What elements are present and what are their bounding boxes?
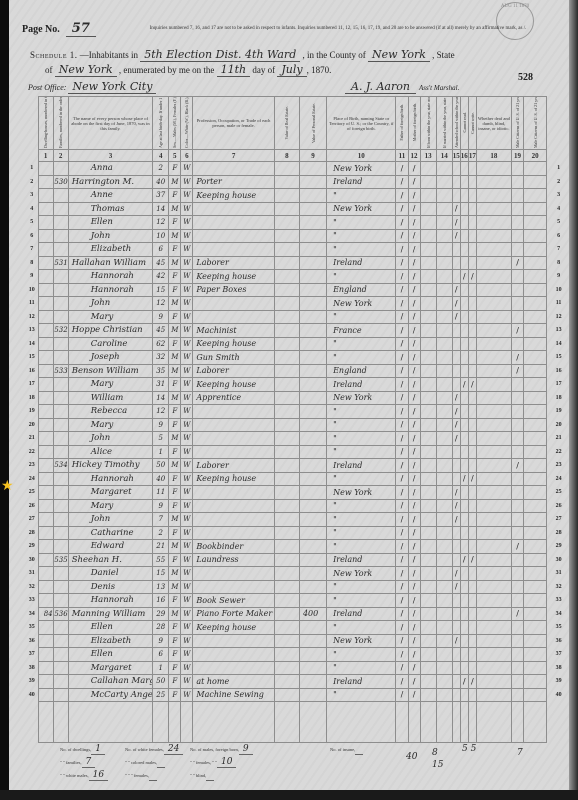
occupation — [193, 229, 274, 243]
age: 16 — [153, 594, 169, 608]
birthplace: Ireland — [327, 607, 396, 621]
family-number — [53, 486, 68, 500]
citizen-mark — [512, 378, 524, 392]
line-number-right: 19 — [547, 405, 570, 419]
school-mark: / — [452, 216, 460, 230]
disability — [476, 567, 511, 581]
dwelling-number — [38, 432, 53, 446]
age: 7 — [153, 513, 169, 527]
personal-estate-value — [299, 499, 326, 513]
cannot-write-mark — [468, 540, 476, 554]
col-sex: Sex.—Males (M.), Females (F.) — [169, 97, 181, 150]
father-foreign-mark: / — [396, 580, 408, 594]
mother-foreign-mark: / — [408, 243, 420, 257]
born-in-year — [420, 310, 436, 324]
birthplace: " — [327, 337, 396, 351]
age: 45 — [153, 324, 169, 338]
cannot-read-mark — [460, 432, 468, 446]
disability — [476, 162, 511, 176]
born-in-year — [420, 351, 436, 365]
father-foreign-mark: / — [396, 634, 408, 648]
table-row: 14Caroline62FWKeeping house"//14 — [26, 337, 570, 351]
occupation — [193, 513, 274, 527]
color: W — [181, 580, 193, 594]
married-in-year — [436, 594, 452, 608]
person-name: William — [68, 391, 152, 405]
vote-denied — [524, 621, 547, 635]
occupation — [193, 567, 274, 581]
disability — [476, 351, 511, 365]
color: W — [181, 567, 193, 581]
line-number: 14 — [26, 337, 38, 351]
footer-white-females: No. of white females,24 — [125, 744, 183, 754]
footer-white-males: " " white males,16 — [60, 770, 108, 780]
disability — [476, 445, 511, 459]
sex: M — [169, 459, 181, 473]
dwelling-number — [38, 189, 53, 203]
dwelling-number — [38, 526, 53, 540]
cannot-read-mark: / — [460, 270, 468, 284]
father-foreign-mark: / — [396, 688, 408, 702]
citizen-mark — [512, 445, 524, 459]
dwelling-number — [38, 459, 53, 473]
real-estate-value — [274, 621, 299, 635]
cannot-read-mark — [460, 418, 468, 432]
school-mark: / — [452, 499, 460, 513]
person-name: John — [68, 432, 152, 446]
father-foreign-mark: / — [396, 202, 408, 216]
table-row: 5Ellen12FW"///5 — [26, 216, 570, 230]
line-number-right: 34 — [547, 607, 570, 621]
line-number: 9 — [26, 270, 38, 284]
cannot-read-mark — [460, 202, 468, 216]
family-number: 532 — [53, 324, 68, 338]
cannot-write-mark — [468, 688, 476, 702]
school-mark: / — [452, 405, 460, 419]
occupation: Gun Smith — [193, 351, 274, 365]
col-married-in-year: If married within the year, state month … — [436, 97, 452, 150]
col-citizen: Male Citizens of U. S. of 21 years of ag… — [512, 97, 524, 150]
disability — [476, 364, 511, 378]
dwelling-number — [38, 324, 53, 338]
dwelling-number — [38, 175, 53, 189]
age: 9 — [153, 634, 169, 648]
citizen-mark — [512, 418, 524, 432]
personal-estate-value — [299, 648, 326, 662]
line-number-right: 33 — [547, 594, 570, 608]
real-estate-value — [274, 553, 299, 567]
age: 37 — [153, 189, 169, 203]
family-number — [53, 216, 68, 230]
line-number: 18 — [26, 391, 38, 405]
real-estate-value — [274, 283, 299, 297]
mother-foreign-mark: / — [408, 256, 420, 270]
line-number-right: 40 — [547, 688, 570, 702]
family-number — [53, 202, 68, 216]
mother-foreign-mark: / — [408, 175, 420, 189]
citizen-mark — [512, 229, 524, 243]
sex: F — [169, 405, 181, 419]
married-in-year — [436, 418, 452, 432]
cannot-read-mark: / — [460, 472, 468, 486]
cannot-write-mark — [468, 243, 476, 257]
color: W — [181, 175, 193, 189]
line-number: 11 — [26, 297, 38, 311]
mother-foreign-mark: / — [408, 216, 420, 230]
scan-right-border — [569, 0, 578, 800]
born-in-year — [420, 486, 436, 500]
mother-foreign-mark: / — [408, 580, 420, 594]
footer-foreign-females: " " females, " "10 — [190, 757, 236, 767]
mother-foreign-mark: / — [408, 526, 420, 540]
father-foreign-mark: / — [396, 310, 408, 324]
father-foreign-mark: / — [396, 526, 408, 540]
personal-estate-value — [299, 621, 326, 635]
vote-denied — [524, 310, 547, 324]
mother-foreign-mark: / — [408, 297, 420, 311]
cannot-read-mark — [460, 499, 468, 513]
citizen-mark — [512, 499, 524, 513]
sex: F — [169, 162, 181, 176]
father-foreign-mark: / — [396, 243, 408, 257]
mother-foreign-mark: / — [408, 351, 420, 365]
school-mark: / — [452, 513, 460, 527]
color: W — [181, 202, 193, 216]
line-number: 1 — [26, 162, 38, 176]
citizen-mark — [512, 162, 524, 176]
person-name: Margaret — [68, 661, 152, 675]
born-in-year — [420, 297, 436, 311]
family-number: 535 — [53, 553, 68, 567]
line-number-right: 14 — [547, 337, 570, 351]
family-number — [53, 270, 68, 284]
citizen-mark — [512, 580, 524, 594]
sex: M — [169, 297, 181, 311]
cannot-write-mark — [468, 175, 476, 189]
person-name: Sheehan H. — [68, 553, 152, 567]
personal-estate-value — [299, 256, 326, 270]
cannot-read-mark — [460, 634, 468, 648]
family-number — [53, 229, 68, 243]
personal-estate-value — [299, 297, 326, 311]
born-in-year — [420, 621, 436, 635]
occupation: at home — [193, 675, 274, 689]
occupation: Machinist — [193, 324, 274, 338]
person-name: Elizabeth — [68, 634, 152, 648]
sex: M — [169, 513, 181, 527]
dwelling-number — [38, 378, 53, 392]
family-number — [53, 418, 68, 432]
cannot-write-mark — [468, 607, 476, 621]
school-mark — [452, 621, 460, 635]
born-in-year — [420, 418, 436, 432]
citizen-mark — [512, 472, 524, 486]
line-number: 39 — [26, 675, 38, 689]
table-row: 36Elizabeth9FWNew York///36 — [26, 634, 570, 648]
born-in-year — [420, 634, 436, 648]
born-in-year — [420, 256, 436, 270]
real-estate-value — [274, 337, 299, 351]
family-number — [53, 243, 68, 257]
school-mark — [452, 378, 460, 392]
table-row: 2530Harrington M.40MWPorterIreland//2 — [26, 175, 570, 189]
age: 45 — [153, 256, 169, 270]
born-in-year — [420, 189, 436, 203]
disability — [476, 675, 511, 689]
birthplace: " — [327, 310, 396, 324]
father-foreign-mark: / — [396, 553, 408, 567]
personal-estate-value — [299, 189, 326, 203]
sex: M — [169, 391, 181, 405]
married-in-year — [436, 202, 452, 216]
occupation: Keeping house — [193, 472, 274, 486]
mother-foreign-mark: / — [408, 202, 420, 216]
dwelling-number — [38, 661, 53, 675]
vote-denied — [524, 378, 547, 392]
color: W — [181, 486, 193, 500]
color: W — [181, 364, 193, 378]
sex: F — [169, 675, 181, 689]
col-real-estate: Value of Real Estate. — [274, 97, 299, 150]
line-number: 28 — [26, 526, 38, 540]
occupation: Keeping house — [193, 189, 274, 203]
birthplace: New York — [327, 202, 396, 216]
line-number-right: 26 — [547, 499, 570, 513]
family-number — [53, 513, 68, 527]
cannot-write-mark — [468, 297, 476, 311]
person-name: John — [68, 297, 152, 311]
color: W — [181, 324, 193, 338]
dwelling-number — [38, 634, 53, 648]
citizen-mark — [512, 526, 524, 540]
citizen-mark: / — [512, 607, 524, 621]
personal-estate-value — [299, 418, 326, 432]
vote-denied — [524, 202, 547, 216]
occupation — [193, 297, 274, 311]
married-in-year — [436, 189, 452, 203]
dwelling-number — [38, 621, 53, 635]
col-name: The name of every person whose place of … — [68, 97, 152, 150]
color: W — [181, 499, 193, 513]
schedule-label: Schedule 1. — [30, 50, 78, 60]
real-estate-value — [274, 486, 299, 500]
col-cannot-write: Cannot write. — [468, 97, 476, 150]
father-foreign-mark: / — [396, 405, 408, 419]
real-estate-value — [274, 661, 299, 675]
person-name: Manning William — [68, 607, 152, 621]
vote-denied — [524, 364, 547, 378]
married-in-year — [436, 243, 452, 257]
age: 50 — [153, 459, 169, 473]
dwelling-number — [38, 499, 53, 513]
cannot-read-mark — [460, 175, 468, 189]
birthplace: Ireland — [327, 256, 396, 270]
school-mark: / — [452, 567, 460, 581]
cannot-write-mark — [468, 432, 476, 446]
color: W — [181, 648, 193, 662]
vote-denied — [524, 445, 547, 459]
color: W — [181, 459, 193, 473]
line-number-right: 2 — [547, 175, 570, 189]
real-estate-value — [274, 688, 299, 702]
sex: F — [169, 472, 181, 486]
birthplace: England — [327, 364, 396, 378]
line-number: 30 — [26, 553, 38, 567]
table-row: 11John12MWNew York///11 — [26, 297, 570, 311]
citizen-mark — [512, 270, 524, 284]
sex: F — [169, 553, 181, 567]
age: 1 — [153, 661, 169, 675]
mother-foreign-mark: / — [408, 594, 420, 608]
line-number: 19 — [26, 405, 38, 419]
color: W — [181, 216, 193, 230]
mother-foreign-mark: / — [408, 324, 420, 338]
cannot-read-mark — [460, 256, 468, 270]
color: W — [181, 405, 193, 419]
age: 15 — [153, 567, 169, 581]
age: 6 — [153, 648, 169, 662]
school-mark — [452, 661, 460, 675]
table-row: 9Hannorah42FWKeeping house"////9 — [26, 270, 570, 284]
real-estate-value — [274, 175, 299, 189]
table-row: 15Joseph32MWGun Smith"///15 — [26, 351, 570, 365]
birthplace: " — [327, 580, 396, 594]
occupation: Keeping house — [193, 270, 274, 284]
father-foreign-mark: / — [396, 418, 408, 432]
mother-foreign-mark: / — [408, 513, 420, 527]
father-foreign-mark: / — [396, 540, 408, 554]
stamp-number: 528 — [518, 72, 533, 83]
dwelling-number — [38, 418, 53, 432]
line-number-right: 29 — [547, 540, 570, 554]
cannot-read-mark — [460, 486, 468, 500]
born-in-year — [420, 229, 436, 243]
born-in-year — [420, 607, 436, 621]
person-name: Mary — [68, 418, 152, 432]
personal-estate-value — [299, 175, 326, 189]
cannot-read-mark — [460, 364, 468, 378]
vote-denied — [524, 432, 547, 446]
line-number: 37 — [26, 648, 38, 662]
family-number — [53, 526, 68, 540]
personal-estate-value — [299, 472, 326, 486]
birthplace: Ireland — [327, 175, 396, 189]
sex: F — [169, 594, 181, 608]
footer-tally-16-17: 5 5 — [458, 744, 480, 754]
line-number: 31 — [26, 567, 38, 581]
father-foreign-mark: / — [396, 283, 408, 297]
table-row: 23534Hickey Timothy50MWLaborerIreland///… — [26, 459, 570, 473]
sex: M — [169, 432, 181, 446]
age: 9 — [153, 499, 169, 513]
line-number: 27 — [26, 513, 38, 527]
vote-denied — [524, 351, 547, 365]
birthplace: " — [327, 513, 396, 527]
school-mark — [452, 594, 460, 608]
enumeration-line: of New York , enumerated by me on the 11… — [45, 63, 331, 76]
married-in-year — [436, 351, 452, 365]
vote-denied — [524, 337, 547, 351]
father-foreign-mark: / — [396, 189, 408, 203]
line-number-right: 8 — [547, 256, 570, 270]
enumeration-month: July — [277, 63, 306, 77]
cannot-write-mark — [468, 580, 476, 594]
real-estate-value — [274, 297, 299, 311]
personal-estate-value — [299, 202, 326, 216]
table-row: 21John5MW"///21 — [26, 432, 570, 446]
born-in-year — [420, 175, 436, 189]
mother-foreign-mark: / — [408, 499, 420, 513]
line-number: 13 — [26, 324, 38, 338]
family-number — [53, 283, 68, 297]
disability — [476, 621, 511, 635]
school-mark: / — [452, 391, 460, 405]
person-name: Alice — [68, 445, 152, 459]
cannot-read-mark — [460, 580, 468, 594]
family-number: 530 — [53, 175, 68, 189]
color: W — [181, 513, 193, 527]
cannot-read-mark: / — [460, 553, 468, 567]
father-foreign-mark: / — [396, 270, 408, 284]
star-marker-icon[interactable]: ★ — [1, 480, 14, 494]
sex: M — [169, 567, 181, 581]
personal-estate-value — [299, 580, 326, 594]
cannot-read-mark — [460, 445, 468, 459]
disability — [476, 648, 511, 662]
disability — [476, 418, 511, 432]
line-number: 7 — [26, 243, 38, 257]
vote-denied — [524, 675, 547, 689]
age: 11 — [153, 486, 169, 500]
mother-foreign-mark: / — [408, 405, 420, 419]
family-number: 531 — [53, 256, 68, 270]
color: W — [181, 621, 193, 635]
disability — [476, 189, 511, 203]
vote-denied — [524, 648, 547, 662]
father-foreign-mark: / — [396, 378, 408, 392]
father-foreign-mark: / — [396, 607, 408, 621]
personal-estate-value — [299, 526, 326, 540]
color: W — [181, 310, 193, 324]
personal-estate-value — [299, 351, 326, 365]
occupation — [193, 310, 274, 324]
citizen-mark — [512, 648, 524, 662]
line-number-right: 6 — [547, 229, 570, 243]
family-number — [53, 337, 68, 351]
father-foreign-mark: / — [396, 175, 408, 189]
age: 15 — [153, 283, 169, 297]
cannot-write-mark: / — [468, 675, 476, 689]
cannot-write-mark — [468, 351, 476, 365]
occupation — [193, 648, 274, 662]
line-number-right: 16 — [547, 364, 570, 378]
color: W — [181, 445, 193, 459]
line-number-right: 5 — [547, 216, 570, 230]
line-number-right: 3 — [547, 189, 570, 203]
person-name: McCarty Angeline — [68, 688, 152, 702]
born-in-year — [420, 324, 436, 338]
father-foreign-mark: / — [396, 351, 408, 365]
personal-estate-value — [299, 661, 326, 675]
age: 14 — [153, 391, 169, 405]
line-number-right: 9 — [547, 270, 570, 284]
column-number-row: 1 2 3 4 5 6 7 8 9 10 11 12 13 14 15 16 1… — [26, 150, 570, 162]
citizen-mark — [512, 688, 524, 702]
married-in-year — [436, 324, 452, 338]
mother-foreign-mark: / — [408, 459, 420, 473]
line-number-right: 18 — [547, 391, 570, 405]
sex: M — [169, 324, 181, 338]
